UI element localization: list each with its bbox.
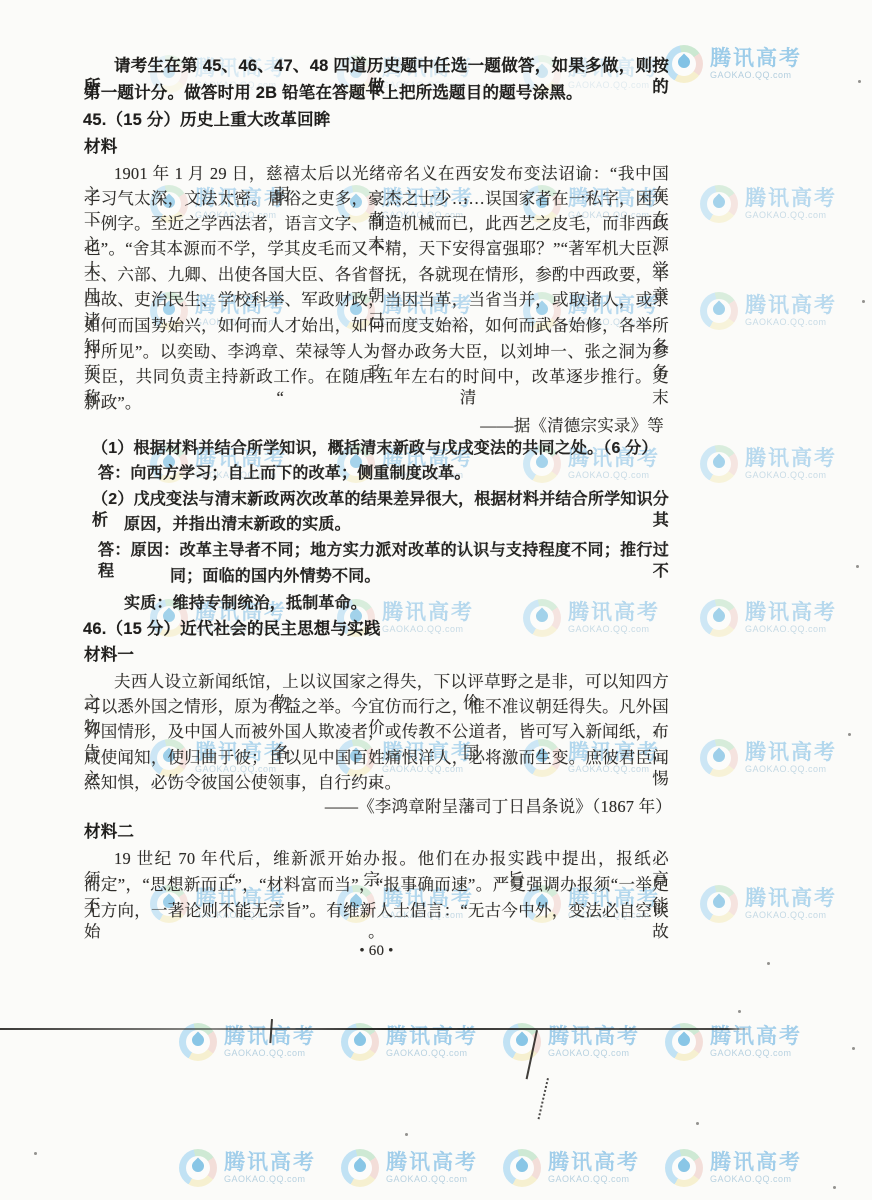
text-line: 第一题计分。做答时用 2B 铅笔在答题卡上把所选题目的题号涂黑。 bbox=[84, 83, 583, 104]
water-drop-icon bbox=[711, 894, 728, 911]
tencent-gaokao-watermark: 腾讯高考GAOKAO.QQ.com bbox=[523, 599, 660, 637]
text-line: （1）根据材料并结合所学知识，概括清末新政与戊戌变法的共同之处。（6 分） bbox=[92, 438, 658, 459]
watermark-brand-text: 腾讯高考 bbox=[382, 602, 474, 623]
watermark-site-text: GAOKAO.QQ.com bbox=[386, 1175, 478, 1184]
watermark-brand-text: 腾讯高考 bbox=[710, 1152, 802, 1173]
water-drop-icon bbox=[711, 194, 728, 211]
text-line: 新政”。 bbox=[84, 392, 142, 413]
scan-speck bbox=[856, 565, 859, 568]
watermark-brand-text: 腾讯高考 bbox=[745, 888, 837, 909]
water-drop-icon bbox=[676, 1032, 693, 1049]
scan-speck bbox=[738, 1010, 741, 1013]
text-line: ——《李鸿章附呈藩司丁日昌条说》（1867 年） bbox=[84, 796, 672, 817]
tencent-gaokao-watermark: 腾讯高考GAOKAO.QQ.com bbox=[503, 1149, 640, 1187]
text-line: 同；面临的国内外情势不同。 bbox=[170, 566, 381, 587]
paper-tear-mark bbox=[526, 1030, 538, 1079]
watermark-site-text: GAOKAO.QQ.com bbox=[745, 471, 837, 480]
text-line: 46.（15 分）近代社会的民主思想与实践 bbox=[83, 619, 381, 640]
scan-speck bbox=[405, 1133, 408, 1136]
tencent-gaokao-watermark: 腾讯高考GAOKAO.QQ.com bbox=[700, 885, 837, 923]
watermark-brand-text: 腾讯高考 bbox=[224, 1152, 316, 1173]
tencent-gaokao-logo-icon bbox=[700, 185, 738, 223]
text-line: 实质：维持专制统治，抵制革命。 bbox=[124, 593, 367, 614]
watermark-brand-text: 腾讯高考 bbox=[386, 1152, 478, 1173]
watermark-site-text: GAOKAO.QQ.com bbox=[224, 1175, 316, 1184]
tencent-gaokao-logo-icon bbox=[523, 599, 561, 637]
watermark-brand-text: 腾讯高考 bbox=[548, 1152, 640, 1173]
water-drop-icon bbox=[514, 1032, 531, 1049]
tencent-gaokao-logo-icon bbox=[700, 445, 738, 483]
watermark-brand-text: 腾讯高考 bbox=[710, 48, 802, 69]
watermark-site-text: GAOKAO.QQ.com bbox=[710, 1175, 802, 1184]
text-line: 材料一 bbox=[84, 645, 134, 666]
scanned-exam-page: 腾讯高考GAOKAO.QQ.com腾讯高考GAOKAO.QQ.com腾讯高考GA… bbox=[0, 0, 872, 1200]
text-line: 答：向西方学习；自上而下的改革；侧重制度改革。 bbox=[98, 463, 471, 484]
watermark-site-text: GAOKAO.QQ.com bbox=[568, 471, 660, 480]
scan-speck bbox=[852, 1047, 855, 1050]
watermark-site-text: GAOKAO.QQ.com bbox=[548, 1175, 640, 1184]
watermark-brand-text: 腾讯高考 bbox=[745, 295, 837, 316]
text-line: 然知惧，必饬令彼国公使领事，自行约束。 bbox=[84, 772, 401, 793]
watermark-site-text: GAOKAO.QQ.com bbox=[745, 625, 837, 634]
watermark-site-text: GAOKAO.QQ.com bbox=[386, 1049, 478, 1058]
scan-speck bbox=[767, 962, 770, 965]
text-line: 原因，并指出清末新政的实质。 bbox=[124, 514, 351, 535]
watermark-site-text: GAOKAO.QQ.com bbox=[710, 71, 802, 80]
tencent-gaokao-logo-icon bbox=[700, 739, 738, 777]
watermark-site-text: GAOKAO.QQ.com bbox=[382, 625, 474, 634]
water-drop-icon bbox=[676, 54, 693, 71]
tencent-gaokao-logo-icon bbox=[665, 45, 703, 83]
text-line: ——据《清德宗实录》等 bbox=[84, 415, 664, 436]
water-drop-icon bbox=[711, 301, 728, 318]
paper-tear-mark bbox=[269, 1019, 273, 1043]
tencent-gaokao-logo-icon bbox=[341, 1149, 379, 1187]
scan-speck bbox=[848, 733, 851, 736]
watermark-site-text: GAOKAO.QQ.com bbox=[710, 1049, 802, 1058]
water-drop-icon bbox=[514, 1158, 531, 1175]
tencent-gaokao-logo-icon bbox=[700, 885, 738, 923]
scan-speck bbox=[34, 1152, 37, 1155]
watermark-site-text: GAOKAO.QQ.com bbox=[745, 765, 837, 774]
tencent-gaokao-logo-icon bbox=[700, 599, 738, 637]
scan-crease-line bbox=[0, 1028, 750, 1030]
watermark-brand-text: 腾讯高考 bbox=[745, 602, 837, 623]
tencent-gaokao-watermark: 腾讯高考GAOKAO.QQ.com bbox=[700, 445, 837, 483]
watermark-site-text: GAOKAO.QQ.com bbox=[745, 911, 837, 920]
watermark-site-text: GAOKAO.QQ.com bbox=[568, 625, 660, 634]
water-drop-icon bbox=[711, 748, 728, 765]
scan-speck bbox=[696, 1122, 699, 1125]
text-line: 45.（15 分）历史上重大改革回眸 bbox=[83, 110, 330, 131]
tencent-gaokao-watermark: 腾讯高考GAOKAO.QQ.com bbox=[179, 1149, 316, 1187]
watermark-brand-text: 腾讯高考 bbox=[745, 742, 837, 763]
watermark-site-text: GAOKAO.QQ.com bbox=[548, 1049, 640, 1058]
water-drop-icon bbox=[352, 1032, 369, 1049]
text-line: 材料二 bbox=[84, 822, 134, 843]
text-line: 大臣，共同负责主持新政工作。在随后五年左右的时间中，改革逐步推行。史称“清末 bbox=[84, 366, 669, 408]
tencent-gaokao-watermark: 腾讯高考GAOKAO.QQ.com bbox=[341, 1149, 478, 1187]
water-drop-icon bbox=[676, 1158, 693, 1175]
water-drop-icon bbox=[711, 608, 728, 625]
text-line: 无方向，一著论则不能无宗旨”。有维新人士倡言：“无古今中外，变法必自空谈始。故 bbox=[84, 900, 669, 942]
tencent-gaokao-watermark: 腾讯高考GAOKAO.QQ.com bbox=[665, 1149, 802, 1187]
water-drop-icon bbox=[190, 1032, 207, 1049]
water-drop-icon bbox=[190, 1158, 207, 1175]
watermark-brand-text: 腾讯高考 bbox=[745, 188, 837, 209]
paper-tear-mark bbox=[538, 1078, 549, 1119]
tencent-gaokao-watermark: 腾讯高考GAOKAO.QQ.com bbox=[700, 292, 837, 330]
watermark-site-text: GAOKAO.QQ.com bbox=[224, 1049, 316, 1058]
watermark-brand-text: 腾讯高考 bbox=[568, 602, 660, 623]
tencent-gaokao-watermark: 腾讯高考GAOKAO.QQ.com bbox=[700, 599, 837, 637]
tencent-gaokao-logo-icon bbox=[665, 1149, 703, 1187]
tencent-gaokao-watermark: 腾讯高考GAOKAO.QQ.com bbox=[700, 185, 837, 223]
scan-speck bbox=[862, 300, 865, 303]
page-number: • 60 • bbox=[84, 941, 669, 962]
watermark-site-text: GAOKAO.QQ.com bbox=[745, 318, 837, 327]
water-drop-icon bbox=[352, 1158, 369, 1175]
tencent-gaokao-logo-icon bbox=[503, 1149, 541, 1187]
watermark-site-text: GAOKAO.QQ.com bbox=[745, 211, 837, 220]
tencent-gaokao-watermark: 腾讯高考GAOKAO.QQ.com bbox=[665, 45, 802, 83]
tencent-gaokao-logo-icon bbox=[700, 292, 738, 330]
watermark-brand-text: 腾讯高考 bbox=[745, 448, 837, 469]
scan-speck bbox=[833, 1186, 836, 1189]
scan-speck bbox=[858, 80, 861, 83]
tencent-gaokao-logo-icon bbox=[179, 1149, 217, 1187]
tencent-gaokao-watermark: 腾讯高考GAOKAO.QQ.com bbox=[700, 739, 837, 777]
water-drop-icon bbox=[711, 454, 728, 471]
text-line: 材料 bbox=[84, 137, 117, 158]
water-drop-icon bbox=[534, 608, 551, 625]
